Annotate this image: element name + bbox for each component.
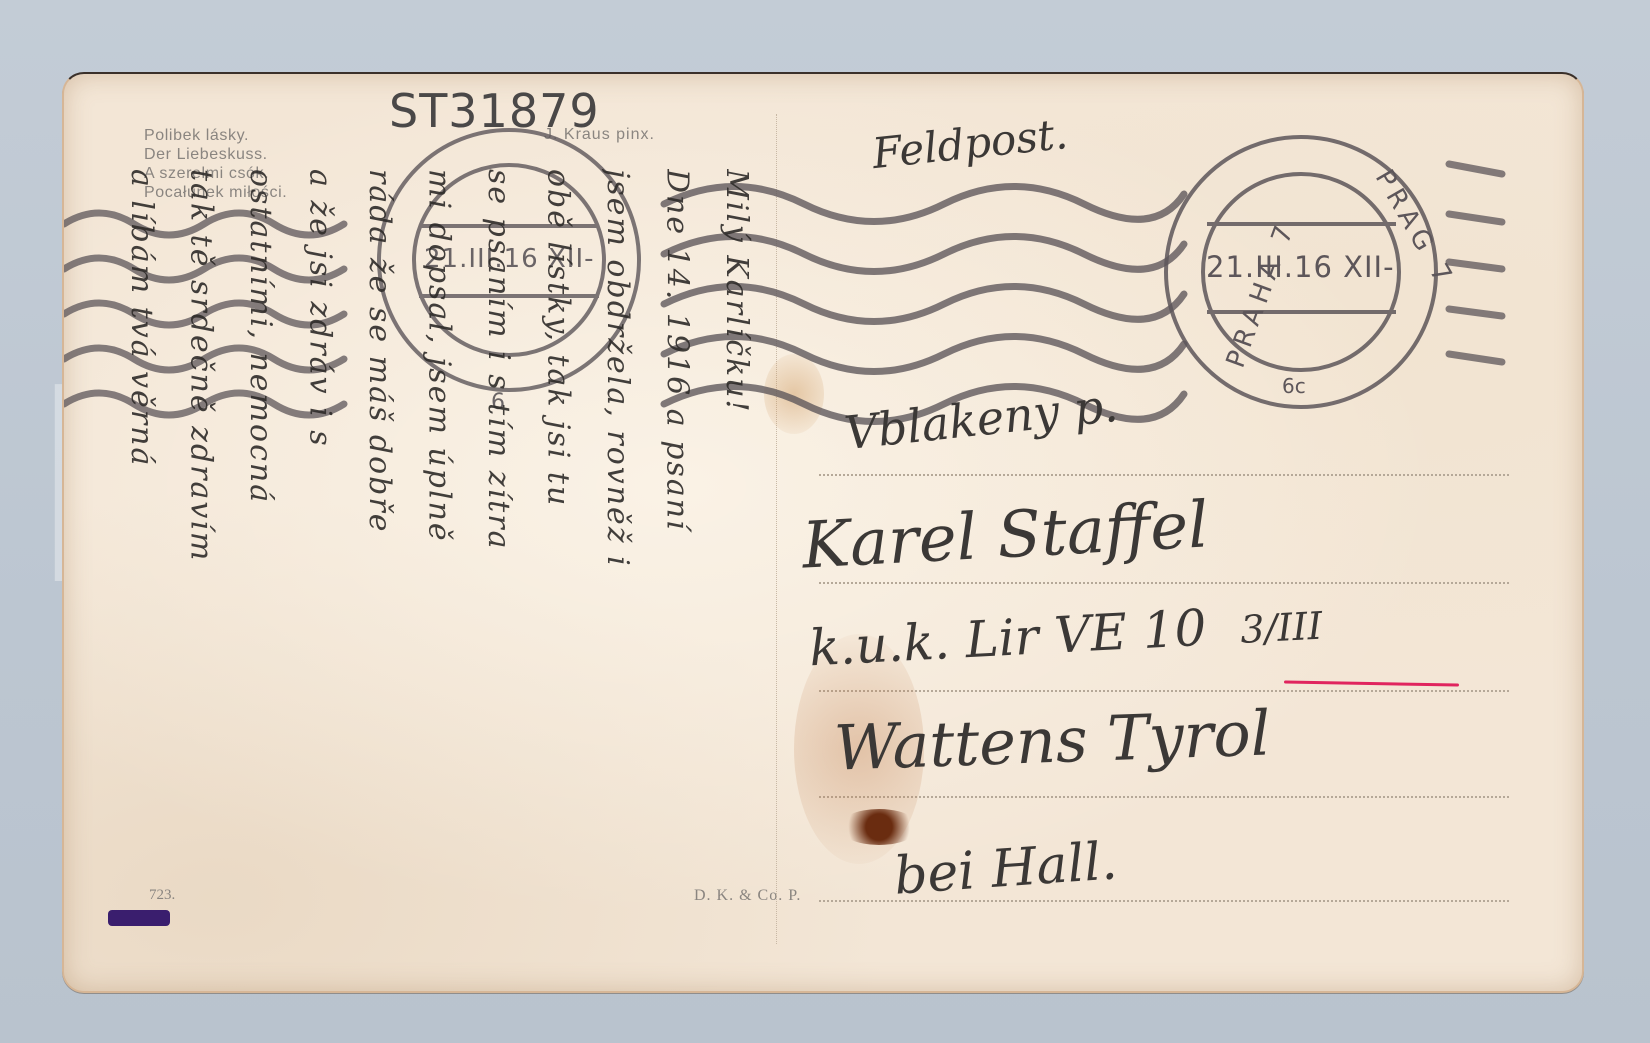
message-line: a že jsi zdráv i s — [303, 169, 338, 929]
handwritten-message: Milý Karlíčku! Dne 14. 1916 a psaní jsem… — [124, 169, 754, 929]
message-line: ráda že se máš dobře — [362, 169, 397, 929]
unit-fraction: 3/III — [1239, 604, 1323, 652]
recipient-city: Wattens Tyrol — [833, 696, 1272, 784]
message-line: Dne 14. 1916 a psaní — [660, 169, 695, 929]
message-line: obě lístky, tak jsi tu — [541, 169, 576, 929]
message-line: tak tě srdečně zdravím — [184, 169, 219, 929]
message-line: ostatními, nemocná — [243, 169, 278, 929]
purple-ink-mark — [108, 910, 170, 926]
message-line: mi dopsal, jsem úplně — [422, 169, 457, 929]
inventory-number: ST31879 — [389, 84, 600, 138]
message-line: se psaním i s tím zítra — [481, 169, 516, 929]
message-line: jsem obdržela, rovněž i — [600, 169, 635, 929]
cancel-bars-right — [1449, 164, 1502, 362]
postcard-back: Polibek lásky. Der Liebeskuss. A szerelm… — [62, 72, 1584, 993]
postmark-right-date: 21.III.16 XII- — [1206, 250, 1395, 284]
message-line: a líbám tvá věrná — [124, 169, 159, 929]
message-line: Milý Karlíčku! — [719, 169, 754, 929]
postmark-right-code: 6c — [1282, 374, 1306, 398]
